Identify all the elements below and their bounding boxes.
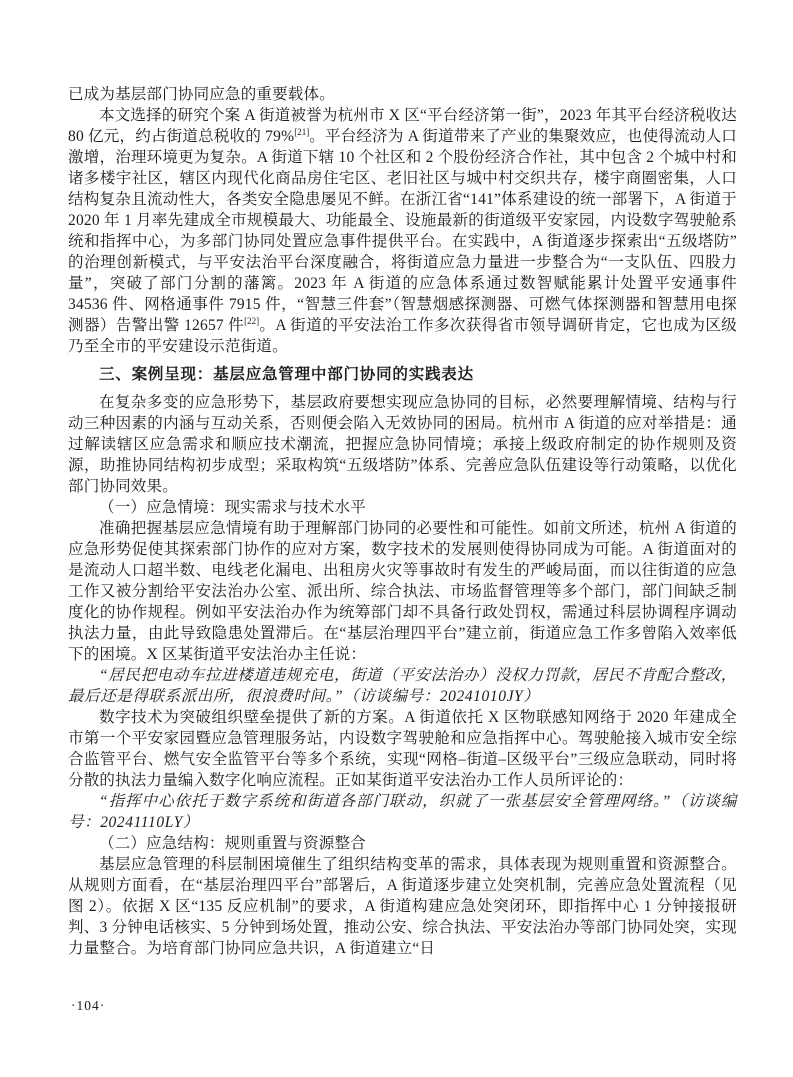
text-run: 准确把握基层应急情境有助于理解部门协同的必要性和可能性。如前文所述，杭州 A 街… xyxy=(68,520,737,663)
body-paragraph: 本文选择的研究个案 A 街道被誉为杭州市 X 区“平台经济第一街”，2023 年… xyxy=(68,105,737,357)
subsection-heading: （二）应急结构：规则重置与资源整合 xyxy=(68,833,737,854)
body-paragraph: 在复杂多变的应急形势下，基层政府要想实现应急协同的目标，必然要理解情境、结构与行… xyxy=(68,392,737,497)
section-heading: 三、案例呈现：基层应急管理中部门协同的实践表达 xyxy=(68,364,737,385)
quote-paragraph: “居民把电动车拉进楼道违规充电，街道（平安法治办）没权力罚款，居民不肯配合整改，… xyxy=(68,665,737,707)
body-paragraph: 基层应急管理的科层制困境催生了组织结构变革的需求，具体表现为规则重置和资源整合。… xyxy=(68,854,737,959)
text-run: 基层应急管理的科层制困境催生了组织结构变革的需求，具体表现为规则重置和资源整合。… xyxy=(68,856,737,957)
text-run: “指挥中心依托于数字系统和街道各部门联动，织就了一张基层安全管理网络。”（访谈编… xyxy=(68,793,737,831)
citation-ref: [22] xyxy=(244,316,259,326)
page-number: ·104· xyxy=(71,998,105,1014)
text-run: 三、案例呈现：基层应急管理中部门协同的实践表达 xyxy=(99,366,474,383)
subsection-heading: （一）应急情境：现实需求与技术水平 xyxy=(68,497,737,518)
text-run: （一）应急情境：现实需求与技术水平 xyxy=(99,499,366,516)
document-page: 已成为基层部门协同应急的重要载体。本文选择的研究个案 A 街道被誉为杭州市 X … xyxy=(0,0,793,1077)
text-run: “居民把电动车拉进楼道违规充电，街道（平安法治办）没权力罚款，居民不肯配合整改，… xyxy=(68,667,737,705)
body-paragraph: 已成为基层部门协同应急的重要载体。 xyxy=(68,84,737,105)
quote-paragraph: “指挥中心依托于数字系统和街道各部门联动，织就了一张基层安全管理网络。”（访谈编… xyxy=(68,791,737,833)
text-run: 在复杂多变的应急形势下，基层政府要想实现应急协同的目标，必然要理解情境、结构与行… xyxy=(68,394,737,495)
citation-ref: [21] xyxy=(294,127,309,137)
text-run: 数字技术为突破组织壁垒提供了新的方案。A 街道依托 X 区物联感知网络于 202… xyxy=(68,709,737,789)
text-run: 。平台经济为 A 街道带来了产业的集聚效应，也使得流动人口激增，治理环境更为复杂… xyxy=(68,128,737,334)
body-paragraph: 准确把握基层应急情境有助于理解部门协同的必要性和可能性。如前文所述，杭州 A 街… xyxy=(68,518,737,665)
text-run: （二）应急结构：规则重置与资源整合 xyxy=(99,835,366,852)
text-run: 已成为基层部门协同应急的重要载体。 xyxy=(68,86,335,103)
article-content: 已成为基层部门协同应急的重要载体。本文选择的研究个案 A 街道被誉为杭州市 X … xyxy=(68,84,737,959)
body-paragraph: 数字技术为突破组织壁垒提供了新的方案。A 街道依托 X 区物联感知网络于 202… xyxy=(68,707,737,791)
